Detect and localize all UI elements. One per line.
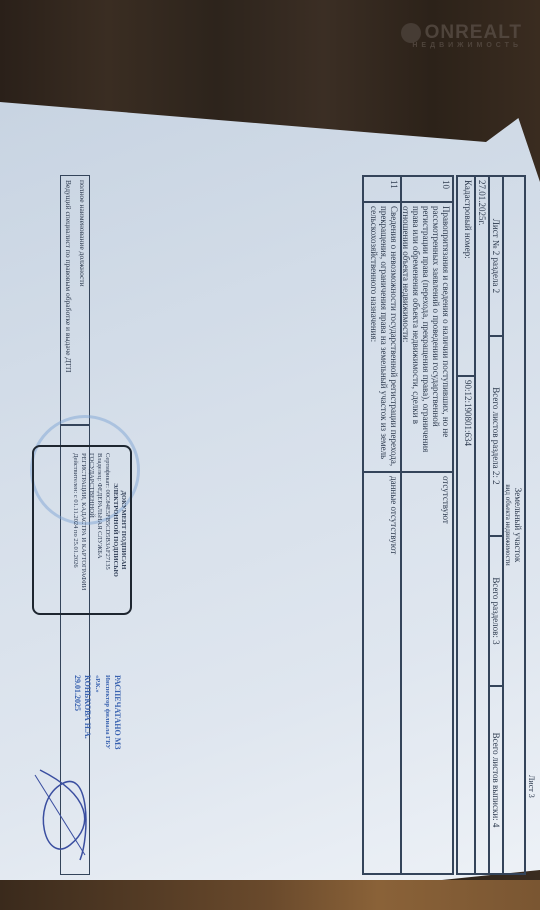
cadastral-label: Кадастровый номер: [457, 176, 475, 376]
total-sheets-section: Всего листов раздела 2: 2 [489, 336, 503, 536]
blue-stamp-name: КОНЬКОВА Н.А. [82, 675, 92, 749]
row-num: 10 [401, 176, 453, 202]
blue-stamp-position: Инспектор филиала ГБУ [102, 675, 112, 749]
header-table: Земельный участок вид объекта недвижимос… [456, 175, 526, 875]
signature-caption: Ведущий специалист по правовым обработке… [64, 180, 73, 372]
row-value: данные отсутствуют [363, 472, 401, 874]
position-caption: полное наименование должности [78, 180, 87, 287]
object-type-caption: вид объекта недвижимости [503, 180, 513, 870]
total-sheets-extract: Всего листов выписки: 4 [489, 686, 503, 874]
row-label: Сведения о невозможности государственной… [363, 202, 401, 472]
handwritten-signature [20, 765, 100, 865]
date: 27.01.2025г. [475, 176, 489, 874]
ecp-certificate: Сертификат: 00C84E5FB5CD5B3AF27135 [103, 453, 111, 607]
object-type: Земельный участок [513, 180, 523, 870]
page-label: Лист 3 [527, 775, 536, 798]
ecp-owner: Владелец: ФЕДЕРАЛЬНАЯ СЛУЖБА ГОСУДАРСТВЕ… [87, 453, 103, 607]
row-num: 11 [363, 176, 401, 202]
onrealt-logo-icon [401, 23, 421, 43]
watermark-subtitle: НЕДВИЖИМОСТЬ [401, 42, 522, 49]
position-box: полное наименование должности Ведущий сп… [60, 175, 90, 425]
blue-stamp-org: «Р.К.» [92, 675, 102, 749]
electronic-signature-stamp: ДОКУМЕНТ ПОДПИСАН ЭЛЕКТРОННОЙ ПОДПИСЬЮ С… [32, 445, 132, 615]
blue-stamp-title: РАСПЕЧАТАНО МЗ [112, 675, 122, 749]
blue-stamp-date: 29.01.2025 [72, 675, 82, 749]
blue-stamp: РАСПЕЧАТАНО МЗ Инспектор филиала ГБУ «Р.… [72, 675, 122, 749]
cadastral-number: 90:12:190801:634 [457, 376, 475, 874]
ecp-owner-cont: РЕГИСТРАЦИИ, КАДАСТРА И КАРТОГРАФИИ [79, 453, 87, 607]
object-type-row: Земельный участок вид объекта недвижимос… [503, 176, 525, 874]
table-surface [0, 880, 540, 910]
sheet-label: Лист № 2 раздела 2 [489, 176, 503, 336]
total-sections: Всего разделов: 3 [489, 536, 503, 686]
ecp-title: ДОКУМЕНТ ПОДПИСАН [119, 453, 127, 607]
rotated-document: Лист 3 Земельный участок вид объекта нед… [20, 175, 540, 875]
ecp-subtitle: ЭЛЕКТРОННОЙ ПОДПИСЬЮ [111, 453, 119, 607]
watermark-brand: ONREALT [425, 22, 522, 44]
rights-table: 10 Правопритязания и сведения о наличии … [362, 175, 454, 875]
ecp-valid: Действителен: с 01.11.2024 по 25.01.2026 [71, 453, 79, 607]
watermark: ONREALT НЕДВИЖИМОСТЬ [401, 22, 522, 49]
row-label: Правопритязания и сведения о наличии пос… [401, 202, 453, 472]
row-value: отсутствуют [401, 472, 453, 874]
